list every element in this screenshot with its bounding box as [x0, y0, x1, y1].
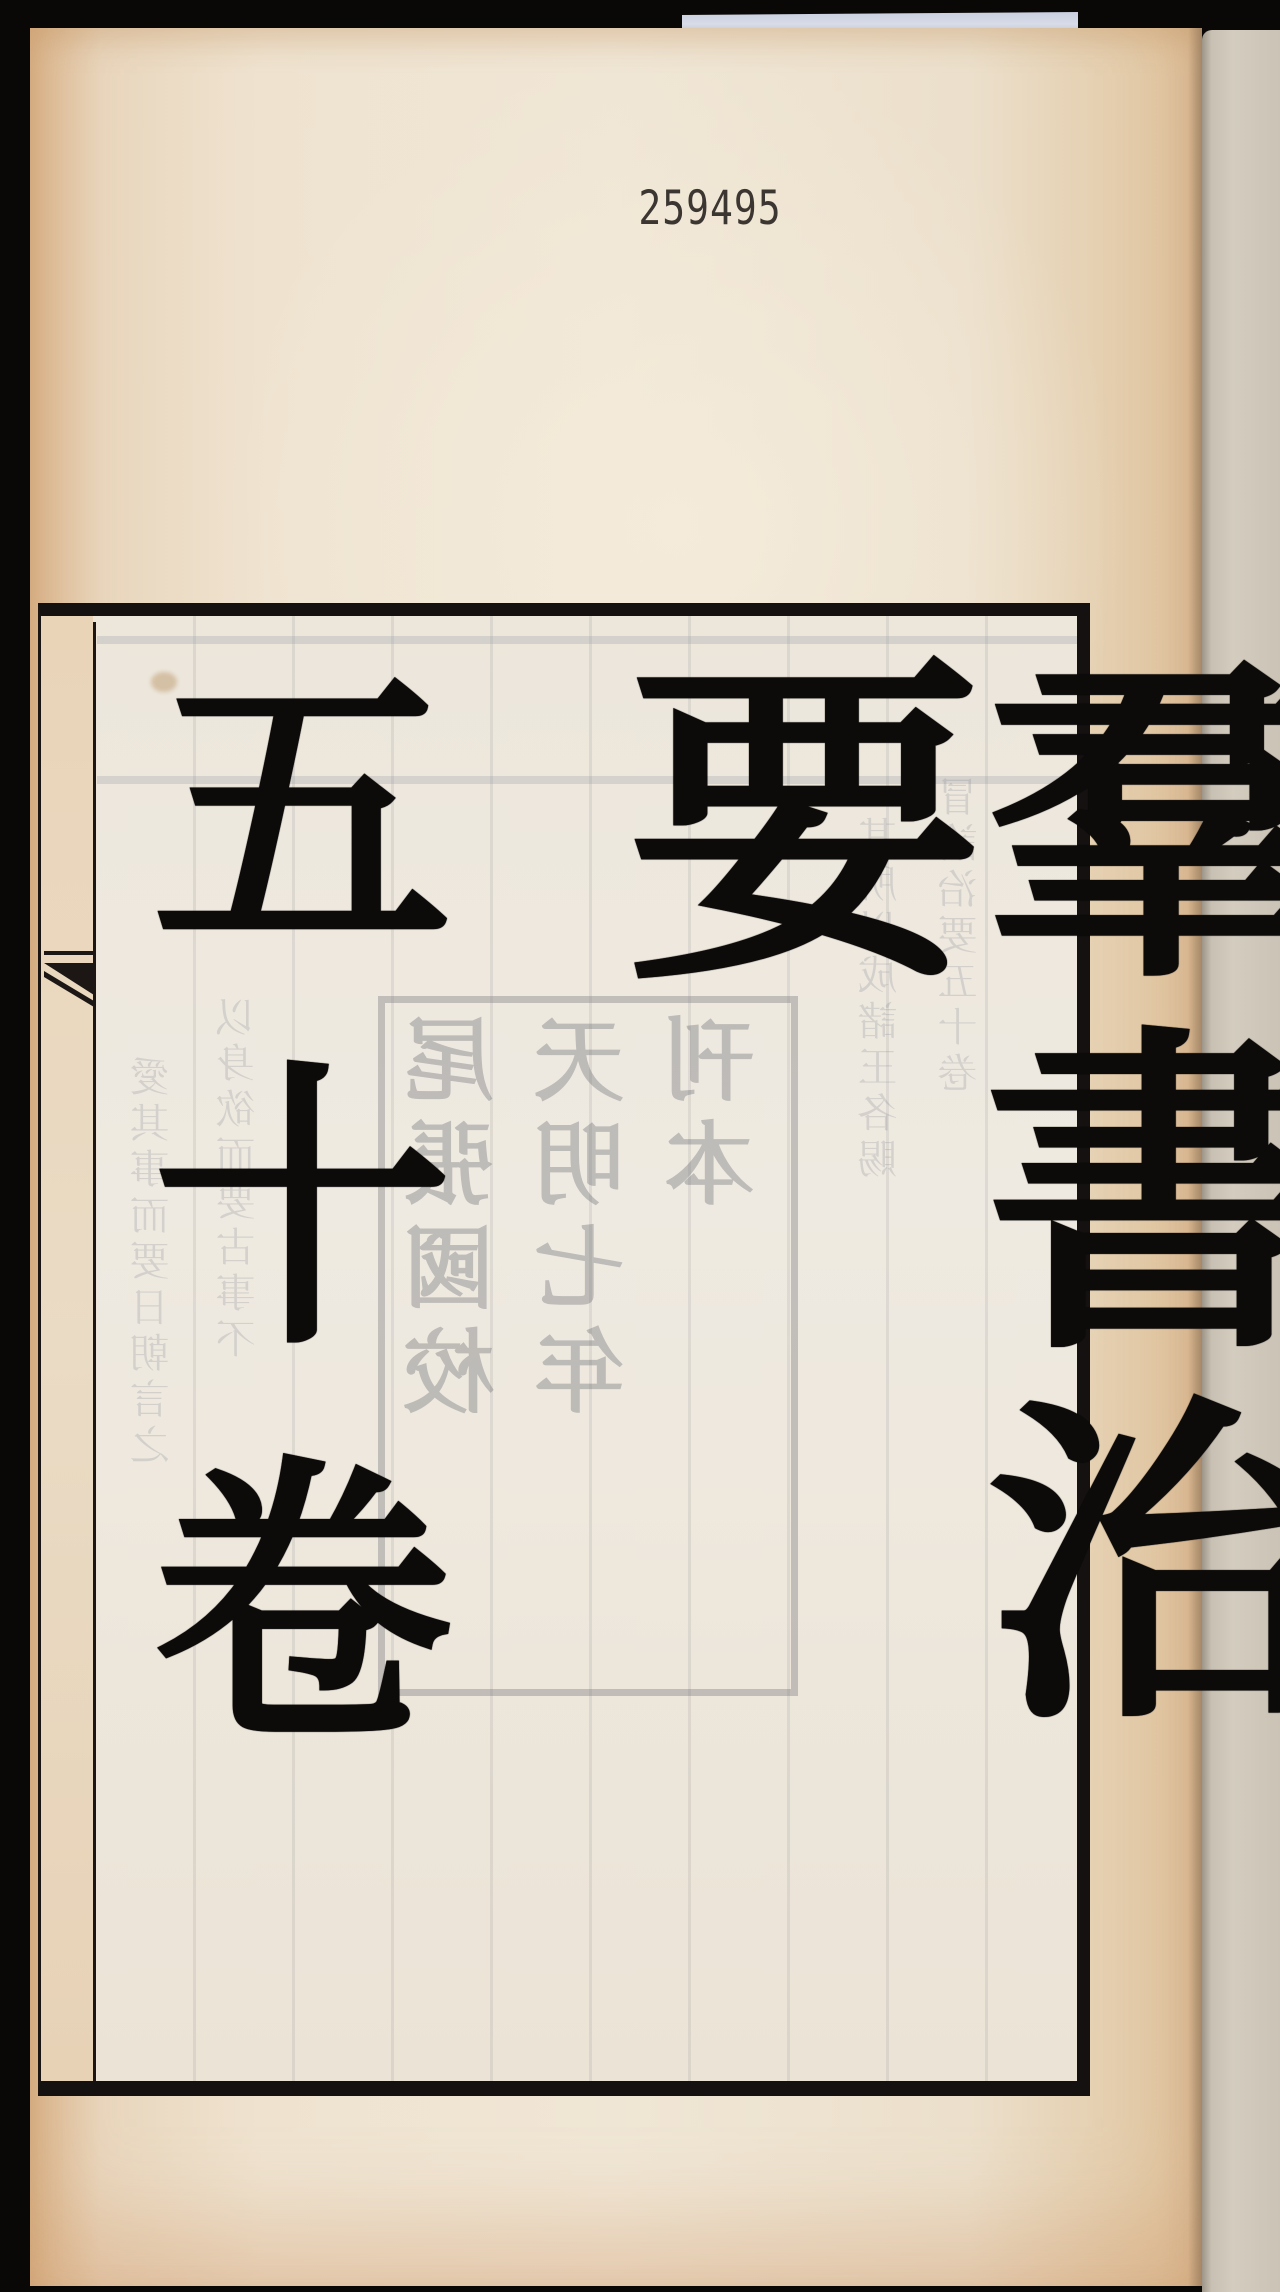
volume-count: 五十卷 — [126, 656, 426, 1841]
ghost-rule — [97, 636, 1077, 644]
fishtail-mark-icon — [44, 951, 94, 1011]
inventory-number: 259495 — [620, 180, 800, 235]
printed-frame: 愛其事而要日朝言之 以身欲而要古事不 其所以成諸王各賜 冒論治要五十卷 尾張國校… — [38, 603, 1090, 2096]
main-title: 羣書治要 — [596, 646, 1280, 2081]
ink-stain — [151, 672, 177, 692]
margin-strip — [41, 616, 93, 2081]
inner-rule-line — [93, 622, 96, 2081]
